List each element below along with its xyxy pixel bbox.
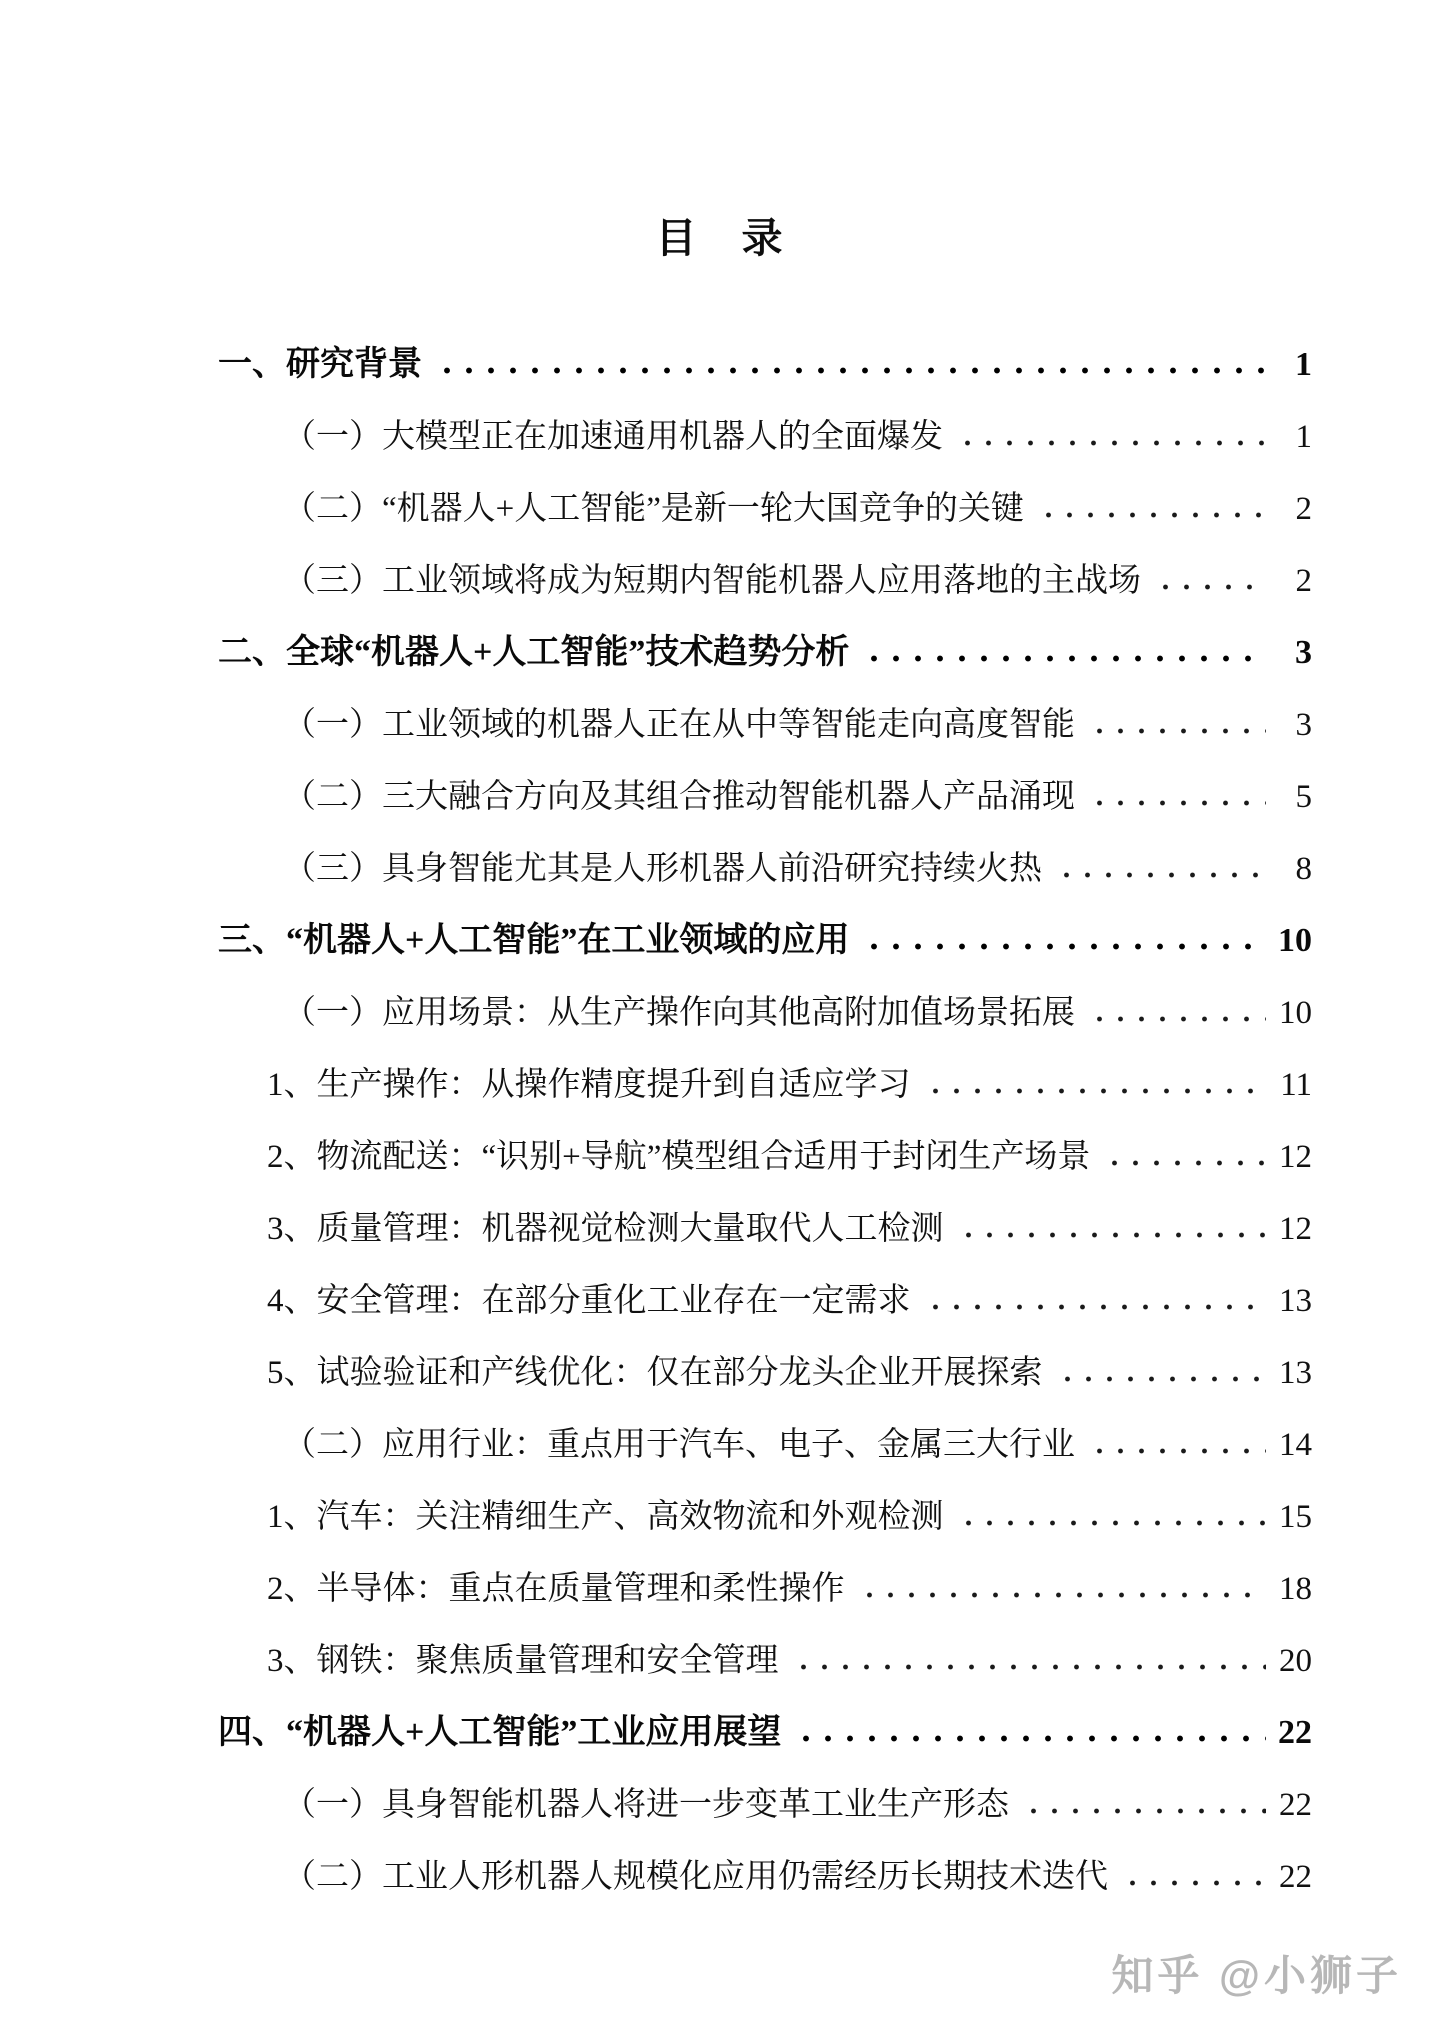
toc-entry-label: 2、半导体：重点在质量管理和柔性操作 [267, 1570, 845, 1608]
toc-entry: （一）工业领域的机器人正在从中等智能走向高度智能 3 [218, 689, 1312, 761]
toc-entry: （一）具身智能机器人将进一步变革工业生产形态 22 [218, 1769, 1312, 1841]
toc-entry-page: 22 [1278, 1714, 1312, 1752]
toc-dot-leader [436, 351, 1266, 375]
toc-dot-leader [1155, 567, 1266, 591]
toc-dot-leader [1089, 711, 1266, 735]
toc-entry-page: 14 [1278, 1426, 1312, 1464]
toc-dot-leader [1104, 1143, 1266, 1167]
toc-entry: 3、钢铁：聚焦质量管理和安全管理 20 [218, 1625, 1312, 1697]
toc-entry-label: 一、研究背景 [218, 346, 422, 384]
toc-entry-label: （三）具身智能尤其是人形机器人前沿研究持续火热 [283, 850, 1042, 888]
toc-entry-label: 1、生产操作：从操作精度提升到自适应学习 [267, 1066, 911, 1104]
toc-entry-label: 4、安全管理：在部分重化工业存在一定需求 [267, 1282, 911, 1320]
toc-entry-label: 三、“机器人+人工智能”在工业领域的应用 [218, 922, 849, 960]
toc-dot-leader [958, 1215, 1267, 1239]
toc-entry: 1、生产操作：从操作精度提升到自适应学习 11 [218, 1049, 1312, 1121]
document-page: 目 录 一、研究背景 1 （一）大模型正在加速通用机器人的全面爆发 1 （二）“… [0, 0, 1440, 2037]
toc-entry-page: 5 [1278, 778, 1312, 816]
toc-entry-page: 2 [1278, 490, 1312, 528]
toc-entry-page: 22 [1278, 1786, 1312, 1824]
toc-entry-page: 3 [1278, 634, 1312, 672]
toc-entry-label: 二、全球“机器人+人工智能”技术趋势分析 [218, 634, 849, 672]
toc-entry-page: 1 [1278, 418, 1312, 456]
toc-dot-leader [1023, 1791, 1266, 1815]
toc-dot-leader [925, 1071, 1267, 1095]
toc-dot-leader [957, 423, 1266, 447]
toc-dot-leader [795, 1719, 1266, 1743]
toc-entry-label: 四、“机器人+人工智能”工业应用展望 [218, 1714, 781, 1752]
toc-entry-label: （一）具身智能机器人将进一步变革工业生产形态 [283, 1786, 1009, 1824]
toc-entry-page: 10 [1278, 994, 1312, 1032]
toc-dot-leader [793, 1647, 1267, 1671]
toc-entry: 2、物流配送：“识别+导航”模型组合适用于封闭生产场景 12 [218, 1121, 1312, 1193]
toc-entry-page: 18 [1278, 1570, 1312, 1608]
toc-entry-page: 3 [1278, 706, 1312, 744]
toc-entry-page: 15 [1278, 1498, 1312, 1536]
toc-entry: 二、全球“机器人+人工智能”技术趋势分析 3 [218, 617, 1312, 689]
toc-entry-page: 12 [1278, 1210, 1312, 1248]
toc-dot-leader [863, 639, 1266, 663]
toc-list: 一、研究背景 1 （一）大模型正在加速通用机器人的全面爆发 1 （二）“机器人+… [0, 329, 1440, 1913]
toc-dot-leader [863, 927, 1266, 951]
toc-entry-label: 2、物流配送：“识别+导航”模型组合适用于封闭生产场景 [267, 1138, 1090, 1176]
toc-entry: 1、汽车：关注精细生产、高效物流和外观检测 15 [218, 1481, 1312, 1553]
toc-dot-leader [859, 1575, 1267, 1599]
toc-dot-leader [925, 1287, 1267, 1311]
toc-entry-label: （三）工业领域将成为短期内智能机器人应用落地的主战场 [283, 562, 1141, 600]
toc-entry-label: 1、汽车：关注精细生产、高效物流和外观检测 [267, 1498, 944, 1536]
toc-entry-label: 5、试验验证和产线优化：仅在部分龙头企业开展探索 [267, 1354, 1043, 1392]
toc-entry: 5、试验验证和产线优化：仅在部分龙头企业开展探索 13 [218, 1337, 1312, 1409]
toc-dot-leader [1089, 1431, 1266, 1455]
toc-entry-label: 3、钢铁：聚焦质量管理和安全管理 [267, 1642, 779, 1680]
toc-dot-leader [1122, 1863, 1266, 1887]
toc-entry-page: 13 [1278, 1282, 1312, 1320]
toc-entry-label: （二）三大融合方向及其组合推动智能机器人产品涌现 [283, 778, 1075, 816]
toc-entry-label: （二）应用行业：重点用于汽车、电子、金属三大行业 [283, 1426, 1075, 1464]
toc-entry: （二）“机器人+人工智能”是新一轮大国竞争的关键 2 [218, 473, 1312, 545]
toc-entry-page: 8 [1278, 850, 1312, 888]
toc-entry: （一）大模型正在加速通用机器人的全面爆发 1 [218, 401, 1312, 473]
toc-dot-leader [1089, 999, 1266, 1023]
toc-entry-page: 13 [1278, 1354, 1312, 1392]
toc-entry-label: （一）应用场景：从生产操作向其他高附加值场景拓展 [283, 994, 1075, 1032]
toc-entry: 4、安全管理：在部分重化工业存在一定需求 13 [218, 1265, 1312, 1337]
toc-entry: 2、半导体：重点在质量管理和柔性操作 18 [218, 1553, 1312, 1625]
toc-entry: （三）工业领域将成为短期内智能机器人应用落地的主战场 2 [218, 545, 1312, 617]
toc-entry-page: 2 [1278, 562, 1312, 600]
watermark: 知乎 @小狮子 [1111, 1943, 1402, 2003]
toc-entry: 一、研究背景 1 [218, 329, 1312, 401]
toc-entry-page: 20 [1278, 1642, 1312, 1680]
toc-entry-label: 3、质量管理：机器视觉检测大量取代人工检测 [267, 1210, 944, 1248]
toc-entry-page: 10 [1278, 922, 1312, 960]
toc-entry-page: 22 [1278, 1858, 1312, 1896]
toc-dot-leader [1089, 783, 1266, 807]
toc-entry-label: （一）大模型正在加速通用机器人的全面爆发 [283, 418, 943, 456]
toc-dot-leader [1056, 855, 1266, 879]
toc-dot-leader [958, 1503, 1267, 1527]
toc-entry-page: 12 [1278, 1138, 1312, 1176]
toc-entry: （一）应用场景：从生产操作向其他高附加值场景拓展 10 [218, 977, 1312, 1049]
toc-entry: 四、“机器人+人工智能”工业应用展望 22 [218, 1697, 1312, 1769]
toc-dot-leader [1057, 1359, 1267, 1383]
toc-entry: （二）三大融合方向及其组合推动智能机器人产品涌现 5 [218, 761, 1312, 833]
page-title: 目 录 [0, 0, 1440, 261]
toc-entry: （二）应用行业：重点用于汽车、电子、金属三大行业 14 [218, 1409, 1312, 1481]
toc-entry-page: 1 [1278, 346, 1312, 384]
toc-entry-label: （二）“机器人+人工智能”是新一轮大国竞争的关键 [283, 490, 1024, 528]
toc-entry-label: （二）工业人形机器人规模化应用仍需经历长期技术迭代 [283, 1858, 1108, 1896]
toc-entry: 3、质量管理：机器视觉检测大量取代人工检测 12 [218, 1193, 1312, 1265]
toc-dot-leader [1038, 495, 1266, 519]
toc-entry: （三）具身智能尤其是人形机器人前沿研究持续火热 8 [218, 833, 1312, 905]
toc-entry: （二）工业人形机器人规模化应用仍需经历长期技术迭代 22 [218, 1841, 1312, 1913]
toc-entry-page: 11 [1278, 1066, 1312, 1104]
toc-entry: 三、“机器人+人工智能”在工业领域的应用 10 [218, 905, 1312, 977]
toc-entry-label: （一）工业领域的机器人正在从中等智能走向高度智能 [283, 706, 1075, 744]
